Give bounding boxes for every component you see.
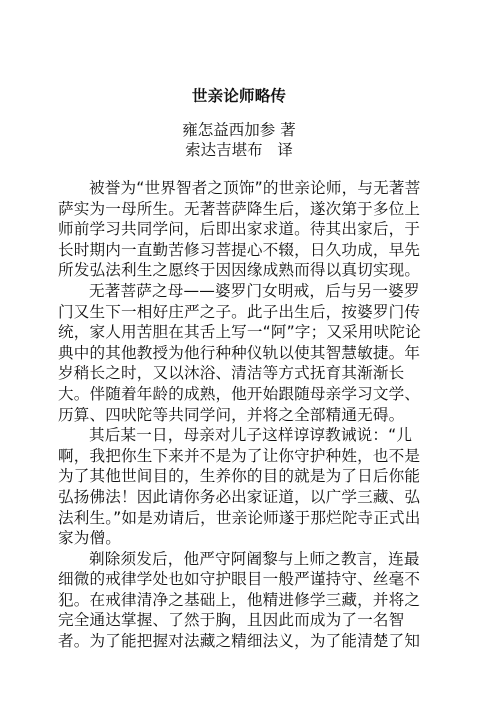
document-title: 世亲论师略传	[0, 86, 478, 106]
text-line: 为了其他世间目的，生养你的目的就是为了日后你能	[58, 466, 422, 487]
text-line: 岁稍长之时，又以沐浴、清洁等方式抚育其渐渐长	[58, 363, 422, 384]
translator-line: 索达吉堪布 译	[0, 140, 478, 160]
text-line: 大。伴随着年龄的成熟，他开始跟随母亲学习文学、	[58, 384, 422, 405]
text-line: 法利生。”如是劝请后，世亲论师遂于那烂陀寺正式出	[58, 508, 422, 529]
text-line: 犯。在戒律清净之基础上，他精进修学三藏，并将之	[58, 590, 422, 611]
text-line: 弘扬佛法！因此请你务必出家证道，以广学三藏、弘	[58, 487, 422, 508]
text-line: 所发弘法利生之愿终于因因缘成熟而得以真切实现。	[58, 260, 422, 281]
text-line: 长时期内一直勤苦修习菩提心不辍，日久功成，早先	[58, 240, 422, 261]
text-line: 完全通达掌握、了然于胸，且因此而成为了一名智	[58, 610, 422, 631]
text-line: 师前学习共同学问，后即出家求道。待其出家后，于	[58, 219, 422, 240]
text-line: 者。为了能把握对法藏之精细法义，为了能清楚了知	[58, 631, 422, 652]
text-line: 家为僧。	[58, 528, 422, 549]
text-line: 细微的戒律学处也如守护眼目一般严谨持守、丝毫不	[58, 569, 422, 590]
text-line: 门又生下一相好庄严之子。此子出生后，按婆罗门传	[58, 302, 422, 323]
text-line: 萨实为一母所生。无著菩萨降生后，遂次第于多位上	[58, 199, 422, 220]
author-line: 雍怎益西加参 著	[0, 120, 478, 140]
text-line: 无著菩萨之母——婆罗门女明戒，后与另一婆罗	[58, 281, 422, 302]
text-line: 统，家人用苦胆在其舌上写一“阿”字；又采用吠陀论	[58, 322, 422, 343]
text-line: 被誉为“世界智者之顶饰”的世亲论师，与无著菩	[58, 178, 422, 199]
text-line: 历算、四吠陀等共同学问，并将之全部精通无碍。	[58, 405, 422, 426]
text-line: 典中的其他教授为他行种种仪轨以使其智慧敏捷。年	[58, 343, 422, 364]
text-line: 其后某一日，母亲对儿子这样谆谆教诫说：“儿	[58, 425, 422, 446]
text-line: 啊，我把你生下来并不是为了让你守护种姓，也不是	[58, 446, 422, 467]
text-line: 剃除须发后，他严守阿阇黎与上师之教言，连最	[58, 549, 422, 570]
document-body: 被誉为“世界智者之顶饰”的世亲论师，与无著菩萨实为一母所生。无著菩萨降生后，遂次…	[58, 178, 422, 652]
